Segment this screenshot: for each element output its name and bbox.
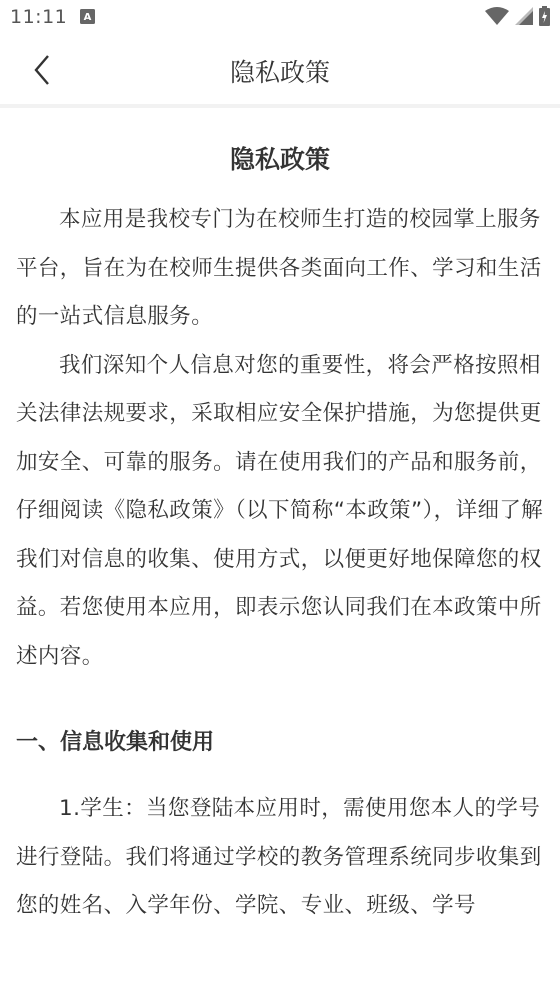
- svg-text:A: A: [84, 12, 92, 23]
- privacy-commitment-paragraph: 我们深知个人信息对您的重要性，将会严格按照相关法律法规要求，采取相应安全保护措施…: [16, 342, 544, 682]
- section-heading: 一、信息收集和使用: [16, 723, 544, 763]
- status-icons: [485, 6, 550, 30]
- policy-content[interactable]: 隐私政策 本应用是我校专门为在校师生打造的校园掌上服务平台，旨在为在校师生提供各…: [16, 108, 544, 931]
- section-paragraph: 1.学生：当您登陆本应用时，需使用您本人的学号进行登陆。我们将通过学校的教务管理…: [16, 785, 544, 931]
- intro-paragraph: 本应用是我校专门为在校师生打造的校园掌上服务平台，旨在为在校师生提供各类面向工作…: [16, 196, 544, 342]
- wifi-icon: [485, 7, 509, 29]
- document-title: 隐私政策: [16, 142, 544, 178]
- battery-charging-icon: [539, 6, 550, 30]
- status-bar: 11:11 A: [0, 0, 560, 36]
- app-bar: 隐私政策: [0, 36, 560, 104]
- page-title: 隐私政策: [0, 53, 560, 89]
- status-time: 11:11: [10, 6, 67, 28]
- text-a-icon: A: [80, 9, 95, 24]
- signal-icon: [515, 7, 533, 29]
